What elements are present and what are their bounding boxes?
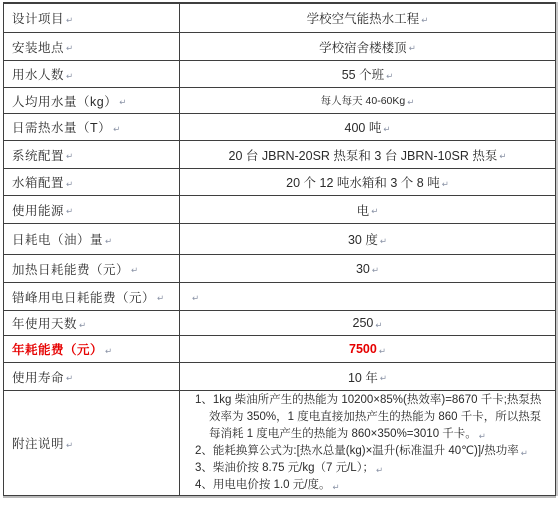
- paragraph-mark: ↵: [479, 431, 486, 441]
- paragraph-mark: ↵: [380, 374, 387, 383]
- note-line: 3、柴油价按 8.75 元/kg（7 元/L）；↵: [188, 460, 549, 477]
- label-text: 使用寿命: [12, 368, 64, 386]
- paragraph-mark: ↵: [379, 347, 386, 356]
- paragraph-mark: ↵: [383, 125, 390, 134]
- row-value: 7500↵: [180, 336, 555, 362]
- value-text: 30 度: [348, 230, 378, 248]
- value-text: 20 个 12 吨水箱和 3 个 8 吨: [286, 173, 440, 191]
- label-text: 水箱配置: [12, 173, 64, 191]
- note-line: 4、用电电价按 1.0 元/度。↵: [188, 477, 549, 494]
- row-label: 人均用水量（kg）↵: [4, 88, 180, 113]
- label-text: 系统配置: [12, 146, 64, 164]
- paragraph-mark: ↵: [119, 98, 127, 107]
- paragraph-mark: ↵: [113, 125, 121, 134]
- note-text: 3、柴油价按 8.75 元/kg（7 元/L）；: [195, 462, 374, 474]
- table-row: 日耗电（油）量↵ 30 度↵: [4, 224, 555, 255]
- paragraph-mark: ↵: [421, 16, 428, 25]
- label-text: 加热日耗能费（元）: [12, 260, 129, 278]
- row-label: 使用能源↵: [4, 196, 180, 223]
- row-label: 日耗电（油）量↵: [4, 224, 180, 254]
- label-text: 日需热水量（T）: [12, 118, 111, 136]
- paragraph-mark: ↵: [376, 465, 383, 475]
- table-row: 使用能源↵ 电↵: [4, 196, 555, 224]
- row-value: 20 个 12 吨水箱和 3 个 8 吨↵: [180, 169, 555, 195]
- value-text: 电: [357, 201, 370, 219]
- row-label: 水箱配置↵: [4, 169, 180, 195]
- note-text: 1、1kg 柴油所产生的热能为 10200×85%(热效率)=8670 千卡;热…: [195, 394, 541, 440]
- note-text: 2、能耗换算公式为:[热水总量(kg)×温升(标准温升 40℃)]/热功率: [195, 445, 519, 457]
- value-text: 每人每天 40-60Kg: [321, 93, 406, 108]
- paragraph-mark: ↵: [371, 207, 378, 216]
- row-value: 学校宿舍楼楼顶↵: [180, 33, 555, 60]
- label-text: 日耗电（油）量: [12, 230, 103, 248]
- note-line: 1、1kg 柴油所产生的热能为 10200×85%(热效率)=8670 千卡;热…: [188, 392, 549, 443]
- label-text: 设计项目: [12, 9, 64, 27]
- paragraph-mark: ↵: [66, 44, 74, 53]
- paragraph-mark: ↵: [380, 237, 387, 246]
- row-label: 年耗能费（元）↵: [4, 336, 180, 362]
- row-value: 20 台 JBRN-20SR 热泵和 3 台 JBRN-10SR 热泵↵: [180, 141, 555, 168]
- row-value: 30↵: [180, 255, 555, 282]
- table-row-highlight: 年耗能费（元）↵ 7500↵: [4, 336, 555, 363]
- row-label: 附注说明↵: [4, 391, 180, 495]
- table-row: 系统配置↵ 20 台 JBRN-20SR 热泵和 3 台 JBRN-10SR 热…: [4, 141, 555, 169]
- paragraph-mark: ↵: [375, 321, 382, 330]
- paragraph-mark: ↵: [442, 180, 449, 189]
- label-text: 年耗能费（元）: [12, 340, 103, 358]
- paragraph-mark: ↵: [521, 448, 528, 458]
- paragraph-mark: ↵: [386, 72, 393, 81]
- table-row: 使用寿命↵ 10 年↵: [4, 363, 555, 391]
- paragraph-mark: ↵: [66, 207, 74, 216]
- paragraph-mark: ↵: [66, 16, 74, 25]
- row-value: 每人每天 40-60Kg↵: [180, 88, 555, 113]
- table-row: 设计项目↵ 学校空气能热水工程↵: [4, 4, 555, 33]
- label-text: 附注说明: [12, 434, 64, 452]
- row-label: 用水人数↵: [4, 61, 180, 87]
- table-row: 日需热水量（T）↵ 400 吨↵: [4, 114, 555, 141]
- value-text: 学校宿舍楼楼顶: [319, 38, 407, 56]
- note-line: 2、能耗换算公式为:[热水总量(kg)×温升(标准温升 40℃)]/热功率↵: [188, 443, 549, 460]
- paragraph-mark: ↵: [372, 266, 379, 275]
- row-label: 系统配置↵: [4, 141, 180, 168]
- paragraph-mark: ↵: [407, 98, 414, 107]
- value-text: 学校空气能热水工程: [307, 9, 420, 27]
- spec-table: 设计项目↵ 学校空气能热水工程↵ 安装地点↵ 学校宿舍楼楼顶↵ 用水人数↵ 55…: [3, 2, 556, 496]
- row-label: 日需热水量（T）↵: [4, 114, 180, 140]
- row-value: 电↵: [180, 196, 555, 223]
- label-text: 用水人数: [12, 65, 64, 83]
- paragraph-mark: ↵: [105, 347, 113, 356]
- paragraph-mark: ↵: [66, 180, 74, 189]
- value-text: 10 年: [348, 368, 378, 386]
- row-label: 设计项目↵: [4, 4, 180, 32]
- paragraph-mark: ↵: [105, 237, 113, 246]
- row-notes: 1、1kg 柴油所产生的热能为 10200×85%(热效率)=8670 千卡;热…: [180, 391, 555, 495]
- row-label: 使用寿命↵: [4, 363, 180, 390]
- table-row: 加热日耗能费（元）↵ 30↵: [4, 255, 555, 283]
- paragraph-mark: ↵: [66, 152, 74, 161]
- value-text: 30: [356, 262, 370, 276]
- table-row: 安装地点↵ 学校宿舍楼楼顶↵: [4, 33, 555, 61]
- table-row-notes: 附注说明↵ 1、1kg 柴油所产生的热能为 10200×85%(热效率)=867…: [4, 391, 555, 495]
- paragraph-mark: ↵: [66, 374, 74, 383]
- paragraph-mark: ↵: [192, 294, 199, 303]
- paragraph-mark: ↵: [79, 321, 87, 330]
- row-label: 安装地点↵: [4, 33, 180, 60]
- table-row: 用水人数↵ 55 个班↵: [4, 61, 555, 88]
- row-value: 250↵: [180, 311, 555, 335]
- value-text: 7500: [349, 342, 377, 356]
- row-value: 55 个班↵: [180, 61, 555, 87]
- value-text: 55 个班: [342, 65, 384, 83]
- label-text: 年使用天数: [12, 314, 77, 332]
- value-text: 250: [353, 316, 374, 330]
- paragraph-mark: ↵: [157, 294, 165, 303]
- paragraph-mark: ↵: [66, 72, 74, 81]
- row-label: 加热日耗能费（元）↵: [4, 255, 180, 282]
- paragraph-mark: ↵: [332, 482, 339, 492]
- document-page: 设计项目↵ 学校空气能热水工程↵ 安装地点↵ 学校宿舍楼楼顶↵ 用水人数↵ 55…: [3, 2, 556, 496]
- label-text: 安装地点: [12, 38, 64, 56]
- row-value-empty: ↵: [180, 283, 555, 310]
- paragraph-mark: ↵: [499, 152, 506, 161]
- row-value: 30 度↵: [180, 224, 555, 254]
- value-text: 400 吨: [345, 118, 382, 136]
- row-label: 年使用天数↵: [4, 311, 180, 335]
- label-text: 人均用水量（kg）: [12, 92, 117, 110]
- note-text: 4、用电电价按 1.0 元/度。: [195, 479, 330, 491]
- label-text: 使用能源: [12, 201, 64, 219]
- table-row: 年使用天数↵ 250↵: [4, 311, 555, 336]
- row-value: 400 吨↵: [180, 114, 555, 140]
- table-row: 水箱配置↵ 20 个 12 吨水箱和 3 个 8 吨↵: [4, 169, 555, 196]
- value-text: 20 台 JBRN-20SR 热泵和 3 台 JBRN-10SR 热泵: [229, 146, 498, 164]
- paragraph-mark: ↵: [409, 44, 416, 53]
- table-row: 错峰用电日耗能费（元）↵ ↵: [4, 283, 555, 311]
- paragraph-mark: ↵: [131, 266, 139, 275]
- paragraph-mark: ↵: [66, 441, 74, 450]
- row-value: 学校空气能热水工程↵: [180, 4, 555, 32]
- row-label: 错峰用电日耗能费（元）↵: [4, 283, 180, 310]
- table-row: 人均用水量（kg）↵ 每人每天 40-60Kg↵: [4, 88, 555, 114]
- row-value: 10 年↵: [180, 363, 555, 390]
- label-text: 错峰用电日耗能费（元）: [12, 288, 155, 306]
